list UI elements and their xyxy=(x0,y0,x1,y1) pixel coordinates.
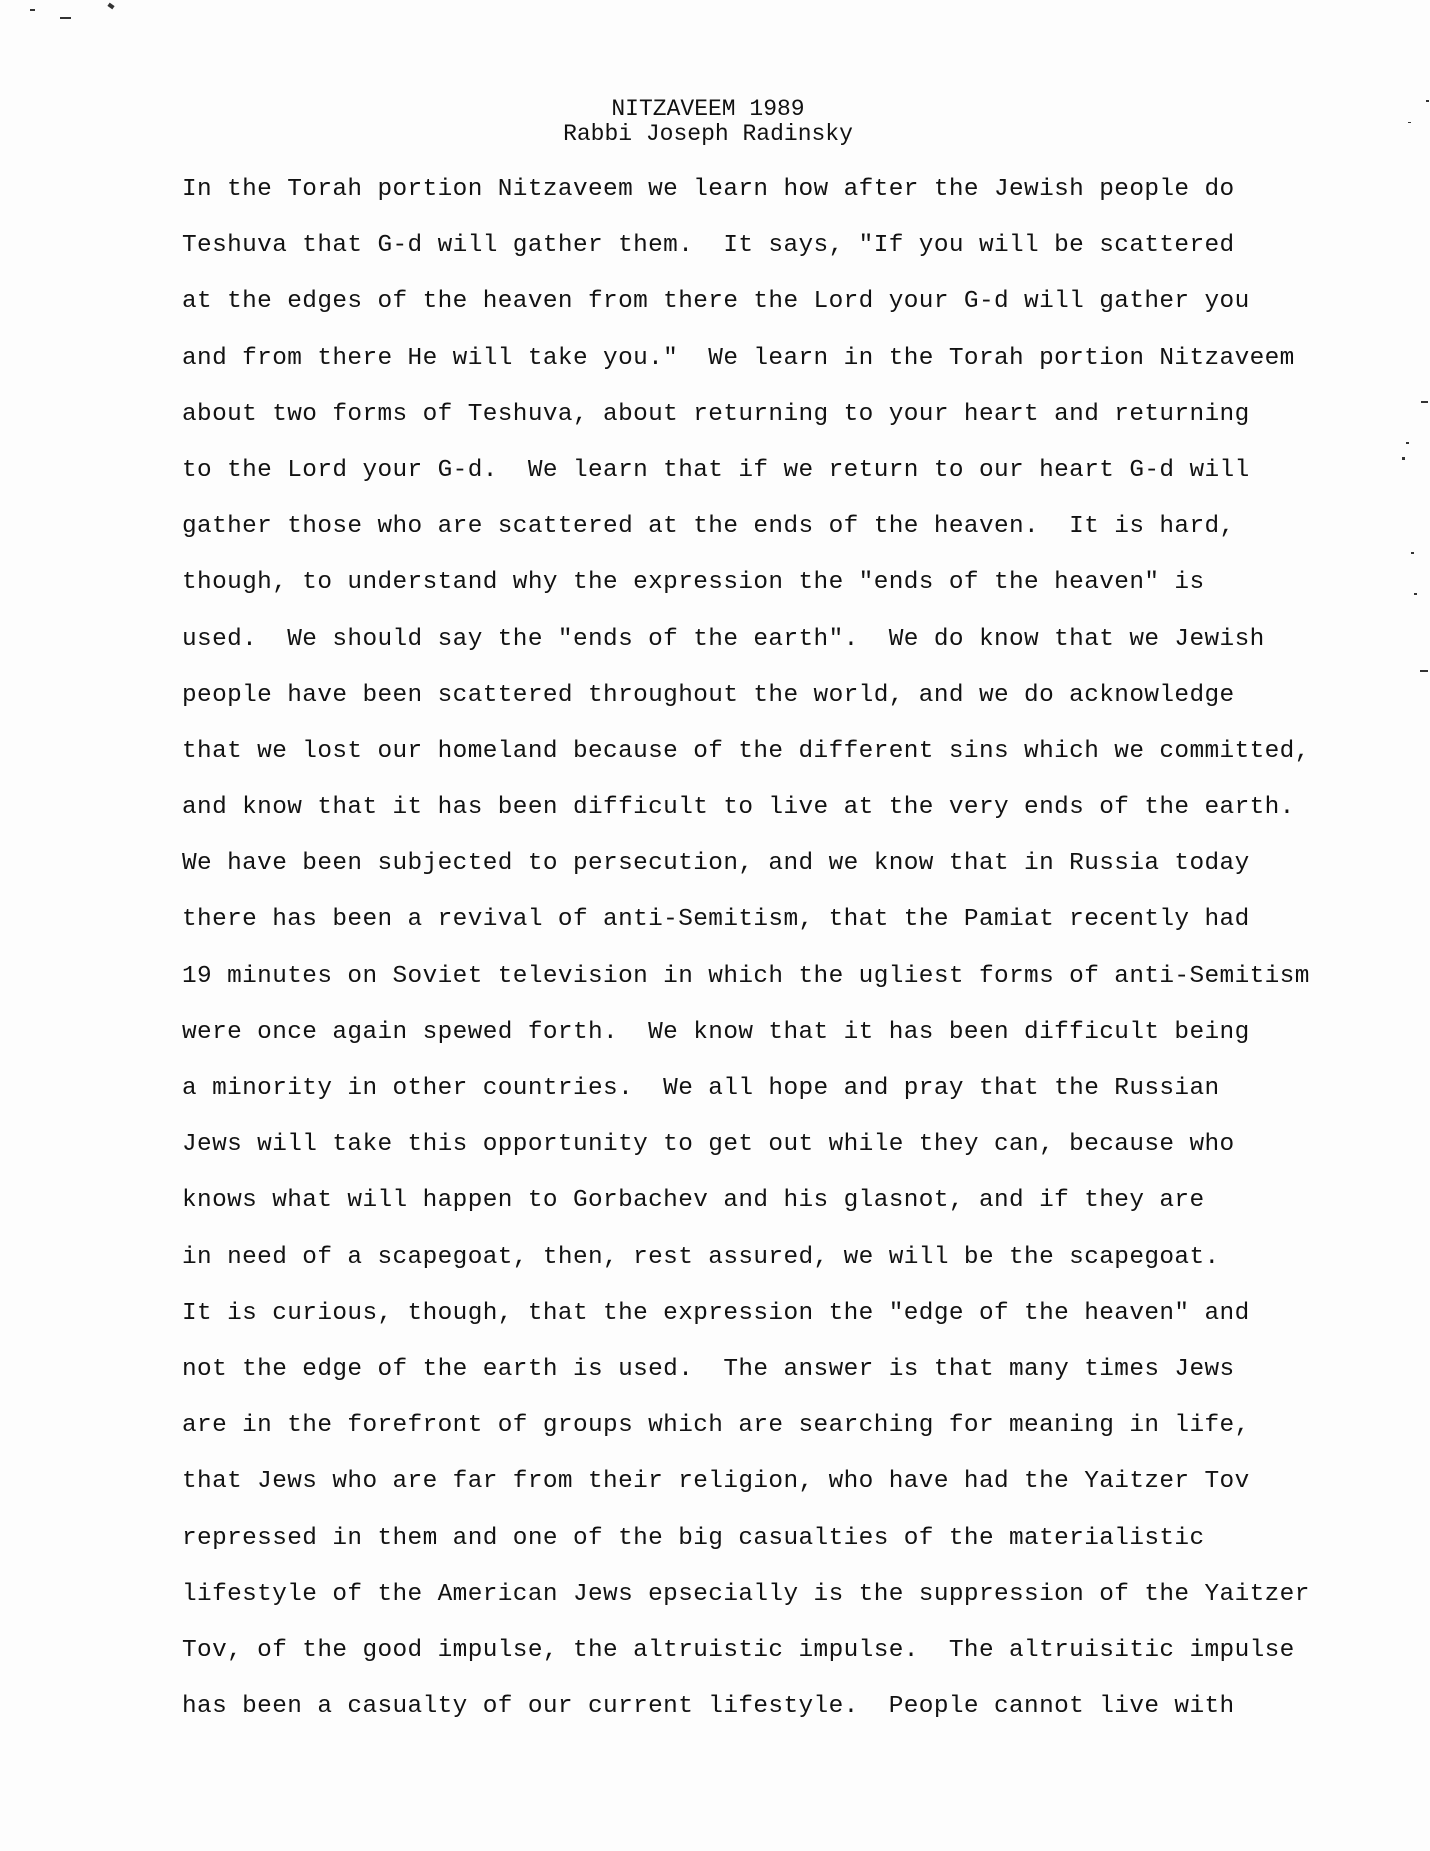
text-line: knows what will happen to Gorbachev and … xyxy=(182,1187,1310,1243)
scan-speck xyxy=(107,3,114,10)
text-line: not the edge of the earth is used. The a… xyxy=(182,1356,1310,1412)
text-line: were once again spewed forth. We know th… xyxy=(182,1019,1310,1075)
text-line: used. We should say the "ends of the ear… xyxy=(182,626,1310,682)
text-line: Teshuva that G-d will gather them. It sa… xyxy=(182,232,1310,288)
text-line: there has been a revival of anti-Semitis… xyxy=(182,906,1310,962)
text-line: 19 minutes on Soviet television in which… xyxy=(182,963,1310,1019)
scan-speck xyxy=(1402,457,1405,460)
text-line: to the Lord your G-d. We learn that if w… xyxy=(182,457,1310,513)
document-body: In the Torah portion Nitzaveem we learn … xyxy=(182,176,1310,1749)
text-line: are in the forefront of groups which are… xyxy=(182,1412,1310,1468)
document-title: NITZAVEEM 1989 xyxy=(0,96,1416,122)
scan-speck xyxy=(60,17,71,19)
text-line: Tov, of the good impulse, the altruistic… xyxy=(182,1637,1310,1693)
text-line: though, to understand why the expression… xyxy=(182,569,1310,625)
scan-speck xyxy=(1414,593,1417,595)
text-line: and know that it has been difficult to l… xyxy=(182,794,1310,850)
text-line: people have been scattered throughout th… xyxy=(182,682,1310,738)
text-line: that Jews who are far from their religio… xyxy=(182,1468,1310,1524)
text-line: gather those who are scattered at the en… xyxy=(182,513,1310,569)
text-line: lifestyle of the American Jews epseciall… xyxy=(182,1581,1310,1637)
scanned-page: NITZAVEEM 1989 Rabbi Joseph Radinsky In … xyxy=(0,0,1430,1851)
text-line: about two forms of Teshuva, about return… xyxy=(182,401,1310,457)
scan-speck xyxy=(1411,552,1414,554)
text-line: We have been subjected to persecution, a… xyxy=(182,850,1310,906)
scan-speck xyxy=(1420,670,1428,672)
text-line: repressed in them and one of the big cas… xyxy=(182,1525,1310,1581)
text-line: Jews will take this opportunity to get o… xyxy=(182,1131,1310,1187)
text-line: at the edges of the heaven from there th… xyxy=(182,288,1310,344)
scan-speck xyxy=(1406,442,1409,444)
text-line: that we lost our homeland because of the… xyxy=(182,738,1310,794)
scan-speck xyxy=(30,9,35,11)
text-line: It is curious, though, that the expressi… xyxy=(182,1300,1310,1356)
text-line: has been a casualty of our current lifes… xyxy=(182,1693,1310,1749)
text-line: in need of a scapegoat, then, rest assur… xyxy=(182,1244,1310,1300)
text-line: and from there He will take you." We lea… xyxy=(182,345,1310,401)
text-line: a minority in other countries. We all ho… xyxy=(182,1075,1310,1131)
scan-speck xyxy=(1421,401,1428,403)
scan-speck xyxy=(1426,100,1429,102)
document-author: Rabbi Joseph Radinsky xyxy=(0,121,1416,147)
text-line: In the Torah portion Nitzaveem we learn … xyxy=(182,176,1310,232)
